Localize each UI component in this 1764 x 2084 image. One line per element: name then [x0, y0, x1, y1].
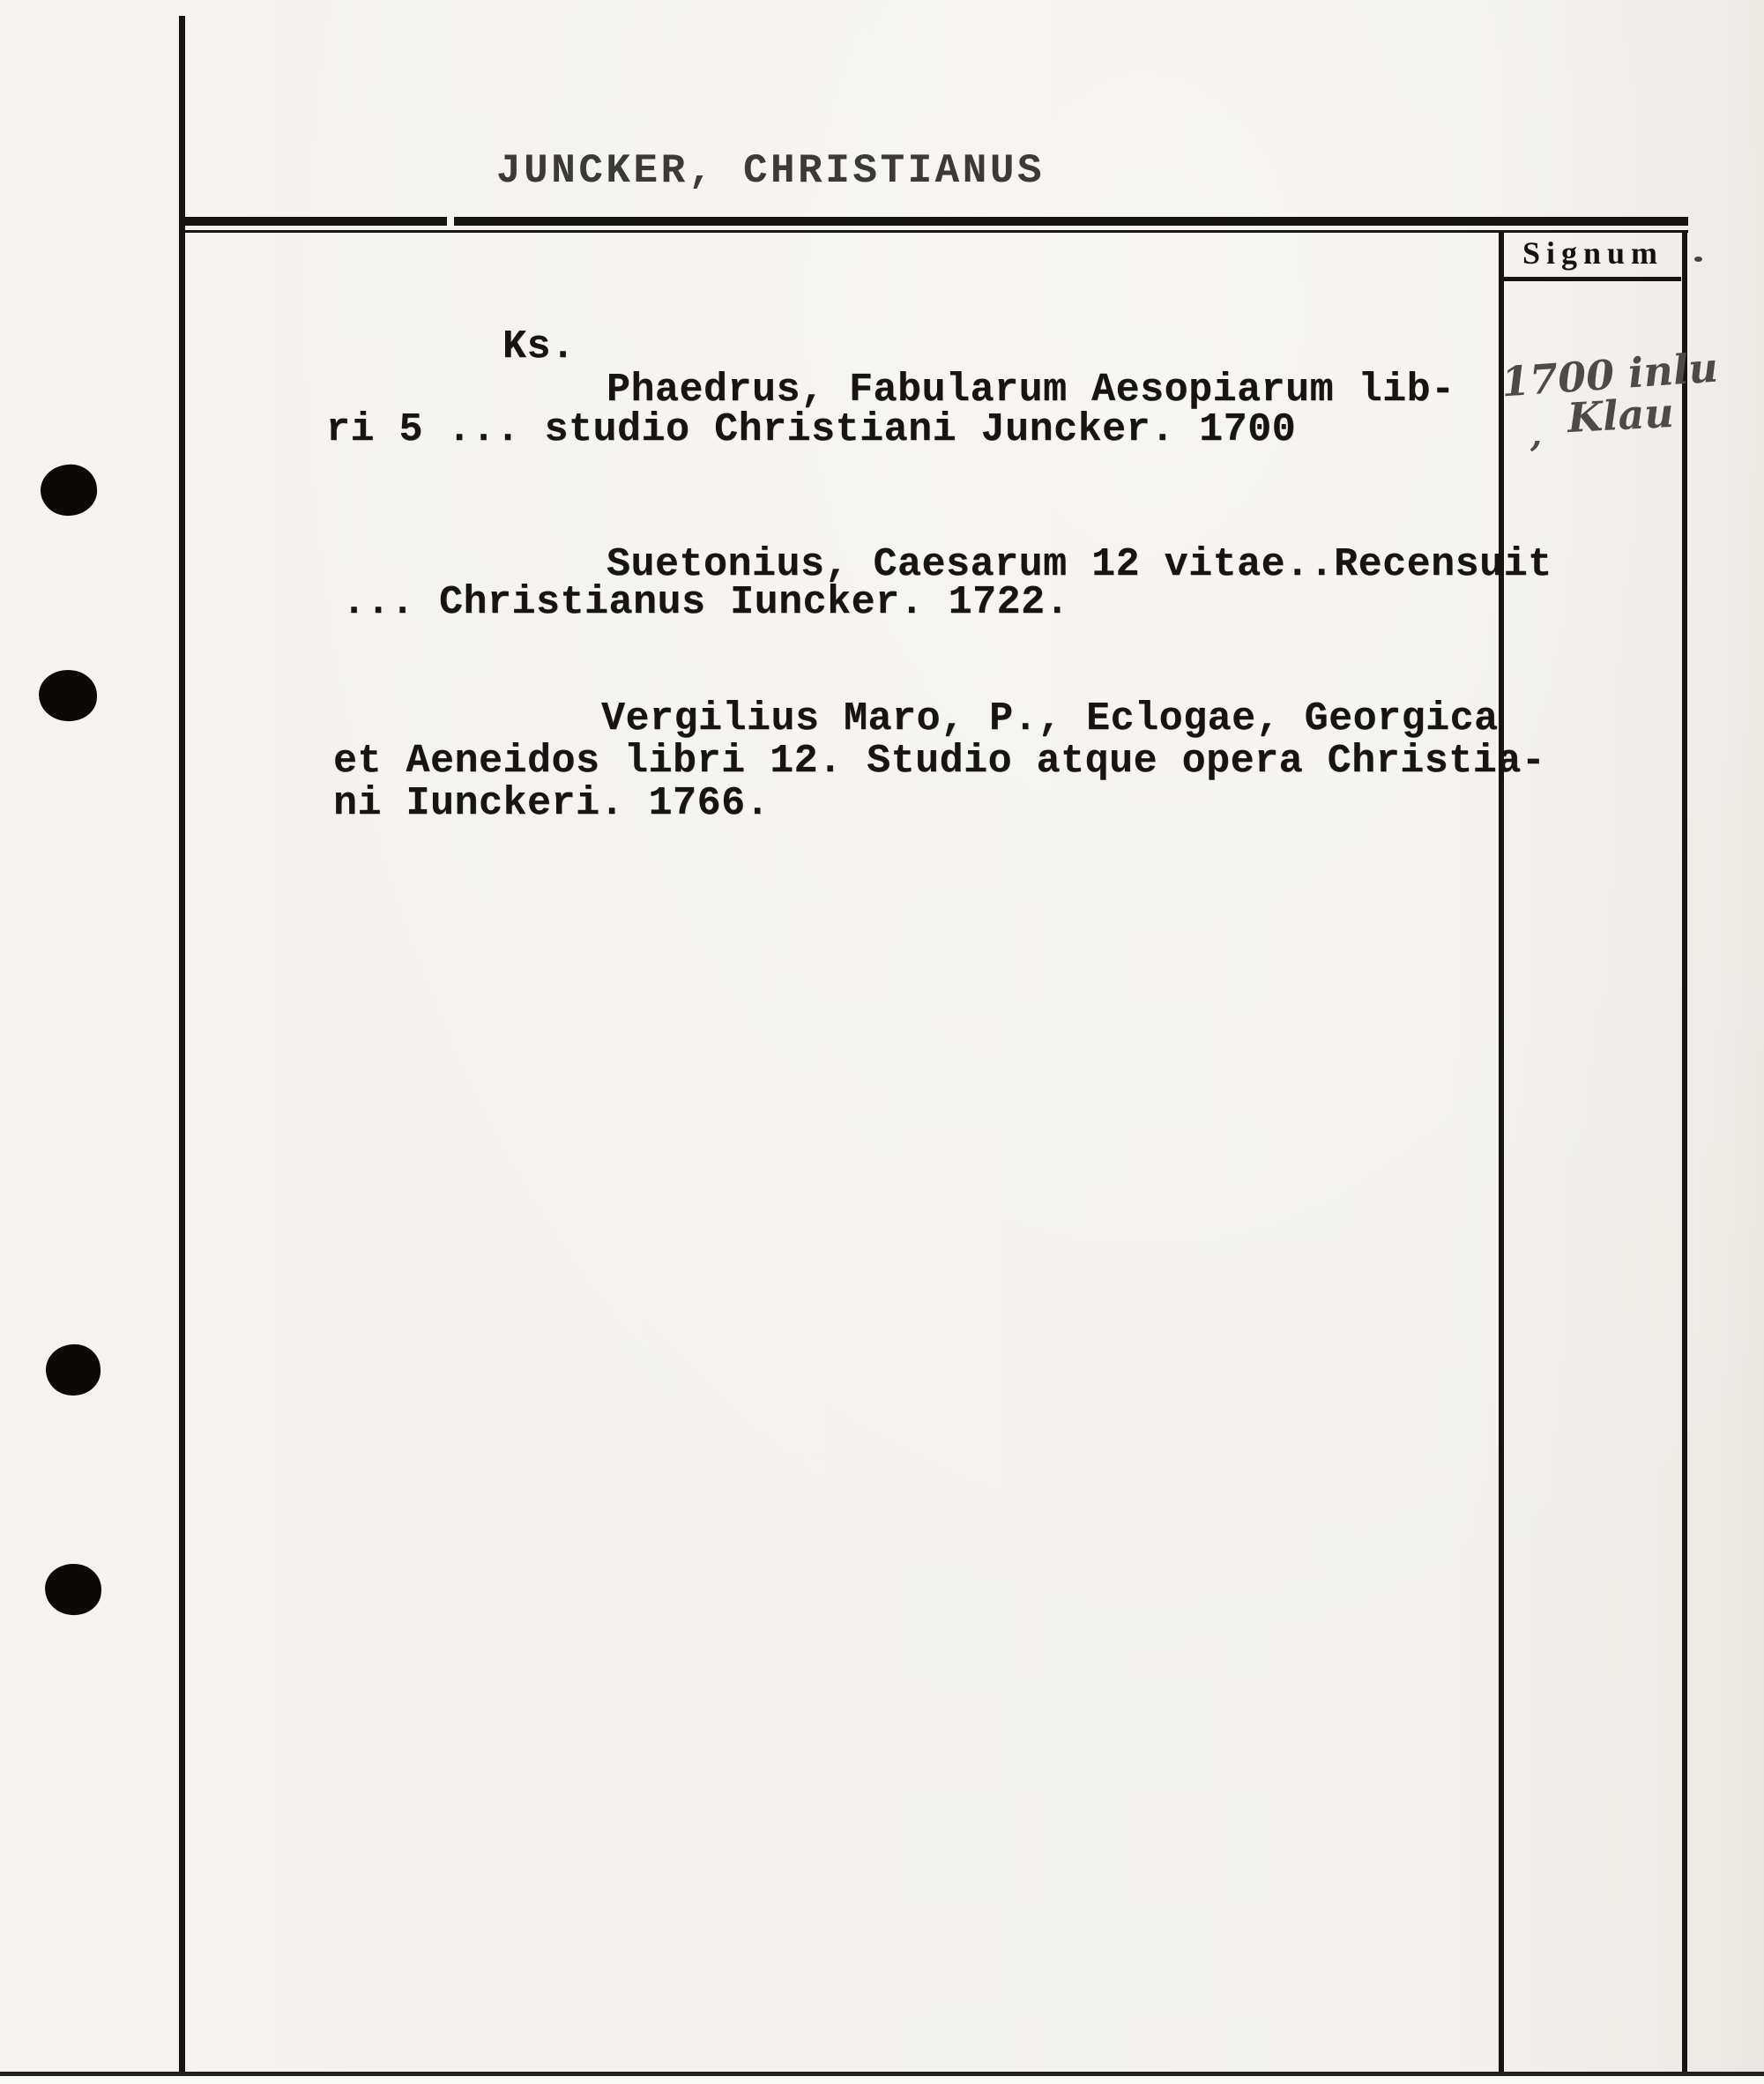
- double-rule-thick-left: [180, 217, 447, 226]
- catalog-entry-3-line-1: Vergilius Maro, P., Eclogae, Georgica: [601, 699, 1499, 740]
- catalog-entry-3-line-3: ni Iunckeri. 1766.: [333, 784, 770, 824]
- catalog-entry-1-line-3: ri 5 ... studio Christiani Juncker. 1700: [326, 410, 1296, 450]
- catalog-entry-1-line-2: Phaedrus, Fabularum Aesopiarum lib-: [607, 370, 1455, 411]
- signum-header-underline: [1500, 277, 1681, 281]
- ink-speck: [1694, 257, 1702, 262]
- double-rule-thin: [180, 230, 1688, 233]
- punch-hole-1: [38, 462, 100, 518]
- bottom-edge-strip: [0, 2076, 1764, 2084]
- card-heading: JUNCKER, CHRISTIANUS: [496, 150, 1045, 192]
- catalog-entry-1-line-1: Ks.: [502, 327, 576, 368]
- handwritten-comma-mark: ,: [1530, 414, 1542, 454]
- catalog-entry-3-line-2: et Aeneidos libri 12. Studio atque opera…: [333, 741, 1545, 782]
- left-margin-rule: [179, 16, 185, 2073]
- signum-column-left-border: [1499, 233, 1504, 2073]
- punch-hole-4: [43, 1561, 104, 1617]
- punch-hole-3: [45, 1343, 102, 1396]
- punch-hole-2: [37, 668, 99, 723]
- scanned-catalog-card: JUNCKER, CHRISTIANUS Signum 1700 inlu Kl…: [0, 0, 1764, 2084]
- signum-label: Signum: [1504, 234, 1682, 272]
- catalog-entry-2-line-2: ... Christianus Iuncker. 1722.: [342, 583, 1069, 623]
- signum-column-right-border: [1682, 231, 1687, 2073]
- handwritten-signum-note-line-2: Klau: [1567, 389, 1675, 442]
- double-rule-thick-right: [454, 217, 1688, 226]
